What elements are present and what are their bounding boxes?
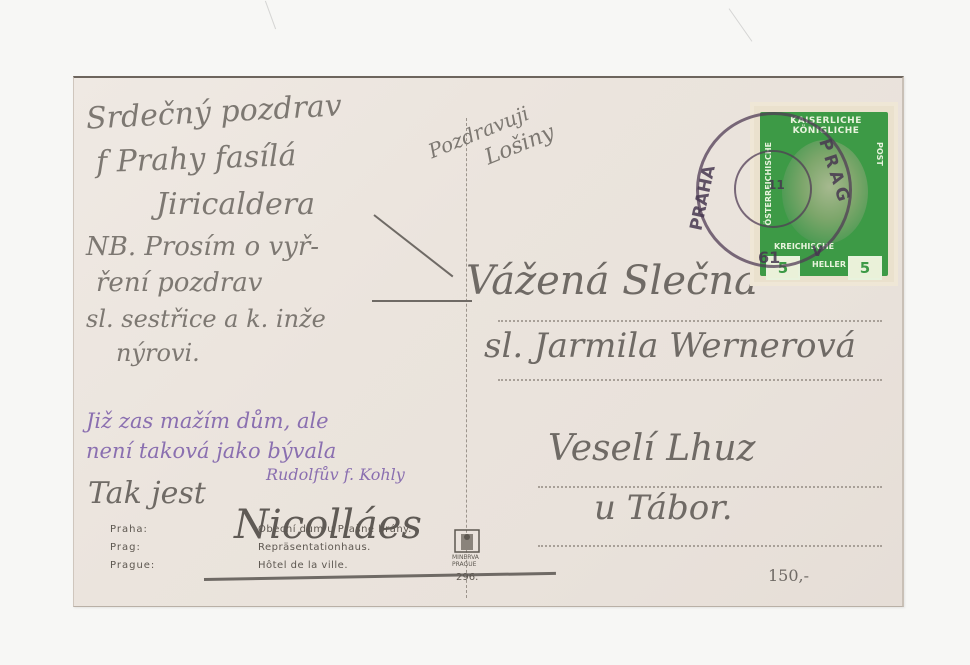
address-line-2 — [498, 379, 882, 381]
dealer-price-note: 150,- — [768, 566, 809, 585]
postcard: Srdečný pozdrav f Prahy fasílá Jiricalde… — [73, 76, 904, 607]
card-number: 296. — [456, 572, 478, 583]
violet-message-line: Již zas mažím dům, ale — [86, 406, 405, 436]
postmark-date: 11 — [768, 178, 785, 192]
handwritten-message: Srdečný pozdrav f Prahy fasílá Jiricalde… — [86, 90, 342, 376]
diagonal-note: Pozdravuji Lošiny — [424, 93, 559, 191]
minerva-logo-icon — [452, 528, 482, 554]
caption-label-cz: Praha: — [110, 524, 148, 535]
caption-label-fr: Prague: — [110, 560, 155, 571]
stamp-denomination: HELLER — [812, 260, 846, 269]
publisher-logo-text: PRAGUE — [452, 561, 482, 568]
stamp-value-right: 5 — [848, 256, 882, 280]
pencil-signature-prefix: Tak jest — [88, 476, 206, 511]
address-district: u Tábor. — [594, 488, 733, 528]
address-line-1 — [498, 320, 882, 322]
postcard-divider-line — [466, 118, 467, 598]
signature-underline — [204, 572, 556, 581]
background-scratch — [729, 8, 753, 41]
pencil-arrow-stroke — [372, 300, 472, 302]
message-line: Jiricaldera — [86, 182, 342, 228]
publisher-logo-text: MINERVA — [452, 554, 482, 561]
postmark-code: 61 — [758, 248, 780, 267]
message-line: f Prahy fasílá — [85, 132, 342, 187]
caption-label-de: Prag: — [110, 542, 141, 553]
publisher-logo: MINERVA PRAGUE — [452, 528, 482, 568]
address-recipient-name: sl. Jarmila Wernerová — [484, 326, 856, 366]
caption-value-cz: Obecní dům u Prašné brány. — [258, 524, 412, 535]
background-scratch — [265, 1, 276, 30]
pencil-arrow-stroke — [373, 214, 453, 277]
caption-value-de: Repräsentationhaus. — [258, 542, 371, 553]
address-recipient-title: Vážená Slečna — [466, 258, 758, 304]
address-town: Veselí Lhuz — [548, 428, 756, 469]
postmark-suffix: V — [812, 244, 823, 260]
address-line-4 — [538, 545, 882, 547]
stamp-right-text: POST — [875, 142, 884, 166]
caption-value-fr: Hôtel de la ville. — [258, 560, 348, 571]
